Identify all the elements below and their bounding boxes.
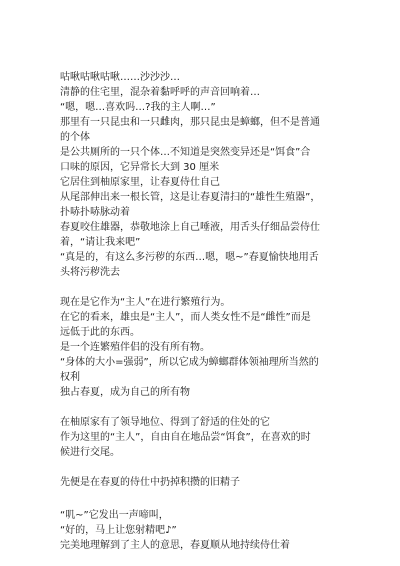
text-line: 是公共厕所的一只个体…不知道是突然变异还是“饵食”合 xyxy=(60,145,350,160)
text-line: 现在是它作为“主人”在进行繁殖行为。 xyxy=(60,295,350,310)
text-line: 口味的原因，它异常长大到 30 厘米 xyxy=(60,160,350,175)
text-line: 春夏咬住雄器，恭敬地涂上自己唾液，用舌头仔细品尝侍仕 xyxy=(60,220,350,235)
text-line: 独占春夏，成为自己的所有物 xyxy=(60,385,350,400)
text-line: 它居住到柚原家里，让春夏侍仕自己 xyxy=(60,175,350,190)
text-line: 从尾部伸出来一根长管，这是让春夏清扫的“雄性生殖器”， xyxy=(60,190,350,205)
text-line: “叽~”它发出一声啼叫， xyxy=(60,508,350,523)
text-line: 清静的住宅里，混杂着黏呼呼的声音回响着… xyxy=(60,85,350,100)
document-page: 咕啾咕啾咕啾……沙沙沙… 清静的住宅里，混杂着黏呼呼的声音回响着… “嗯，嗯…喜… xyxy=(60,70,350,553)
paragraph-break xyxy=(60,490,350,508)
text-line: 候进行交尾。 xyxy=(60,445,350,460)
paragraph-break xyxy=(60,460,350,475)
text-line: 远低于此的东西。 xyxy=(60,325,350,340)
paragraph-break xyxy=(60,400,350,415)
text-line: “真是的，有这么多污秽的东西…嗯，嗯~”春夏愉快地用舌 xyxy=(60,250,350,265)
text-line: 完美地理解到了主人的意思，春夏顺从地持续侍仕着 xyxy=(60,538,350,553)
text-line: 扑哧扑哧脉动着 xyxy=(60,205,350,220)
text-line: 头将污秽洗去 xyxy=(60,265,350,280)
text-line: 权利 xyxy=(60,370,350,385)
text-line: “身体的大小=强弱”，所以它成为蟑螂群体领袖理所当然的 xyxy=(60,355,350,370)
text-line: 在柚原家有了领导地位、得到了舒适的住处的它 xyxy=(60,415,350,430)
text-line: 先便是在春夏的侍仕中扔掉积攒的旧精子 xyxy=(60,475,350,490)
text-line: 咕啾咕啾咕啾……沙沙沙… xyxy=(60,70,350,85)
text-line: 那里有一只昆虫和一只雌肉，那只昆虫是蟑螂，但不是普通 xyxy=(60,115,350,130)
text-line: “好的，马上让您射精吧♪” xyxy=(60,523,350,538)
text-line: 作为这里的“主人”，自由自在地品尝“饵食”，在喜欢的时 xyxy=(60,430,350,445)
text-line: 是一个连繁殖伴侣的没有所有物。 xyxy=(60,340,350,355)
text-line: “嗯，嗯…喜欢吗…?我的主人啊…” xyxy=(60,100,350,115)
paragraph-break xyxy=(60,280,350,295)
text-line: 的个体 xyxy=(60,130,350,145)
text-line: 着，“请让我来吧” xyxy=(60,235,350,250)
text-line: 在它的看来，雄虫是“主人”，而人类女性不是“雌性”而是 xyxy=(60,310,350,325)
